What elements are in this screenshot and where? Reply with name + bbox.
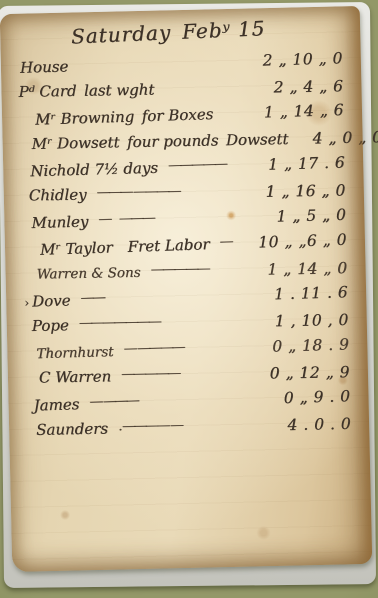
- entry-amount: 1 . 11 . 6: [264, 279, 349, 307]
- entry-name: Pope: [32, 312, 69, 339]
- entry-amount: 1 „ 5 „ 0: [262, 202, 347, 230]
- entry-amount: 0 „ 9 . 0: [266, 383, 351, 411]
- entry-amount: 1 „ 14 „ 6: [260, 97, 345, 126]
- entry-rule: ——— ————: [96, 178, 179, 205]
- entry-amount: 1 „ 17 . 6: [261, 150, 346, 178]
- entry-amount: 4 „ 0 „ 0: [298, 124, 378, 152]
- entry-rule: ———————: [79, 309, 160, 337]
- entry-amount: 1 „ 16 „ 0: [262, 177, 346, 204]
- entry-amount: 10 „ „6 „ 0: [258, 227, 348, 256]
- entry-name: James: [33, 391, 80, 418]
- entry-rule: —: [219, 228, 231, 254]
- ledger-page: Saturday Febʸ 15 House2 „ 10 „ 0 Pᵈ Card…: [0, 6, 372, 572]
- entry-amount: 2 „ 10 „ 0: [258, 45, 343, 73]
- entry-name: Warren & Sons: [36, 260, 140, 288]
- entry-mark: ›: [24, 290, 30, 316]
- entry-amount: 4 . 0 . 0: [267, 411, 351, 439]
- entry-name: Munley: [31, 209, 89, 236]
- entry-name: House: [20, 53, 69, 80]
- entry-rule: — ————: [123, 334, 183, 362]
- entry-rule: — ———: [98, 205, 154, 232]
- entry-name: Dove: [32, 287, 71, 314]
- entry-rule: ——: [80, 284, 104, 311]
- entry-amount: 0 „ 12 „ 9: [266, 359, 350, 386]
- entry-rule: — ———: [89, 387, 138, 414]
- entry-rule: —————: [150, 256, 208, 283]
- entry-amount: 1 , 10 , 0: [265, 307, 349, 335]
- entry-name: Saunders: [36, 416, 108, 443]
- entry-rule: —————: [121, 360, 179, 387]
- entry-rule: —————: [168, 151, 226, 179]
- ledger-entries: House2 „ 10 „ 0 Pᵈ Card last wght2 „ 4 „…: [15, 46, 352, 443]
- entry-name: Pᵈ Card last wght: [18, 77, 154, 105]
- ledger-row: Saunders. ———— —4 . 0 . 0: [23, 411, 351, 443]
- entry-name: C Warren: [39, 363, 112, 390]
- ledger-page-content: Saturday Febʸ 15 House2 „ 10 „ 0 Pᵈ Card…: [0, 6, 372, 572]
- entry-rule: . ———— —: [118, 412, 182, 439]
- entry-amount: 0 „ 18 . 9: [265, 331, 350, 359]
- entry-name: Chidley: [29, 182, 87, 209]
